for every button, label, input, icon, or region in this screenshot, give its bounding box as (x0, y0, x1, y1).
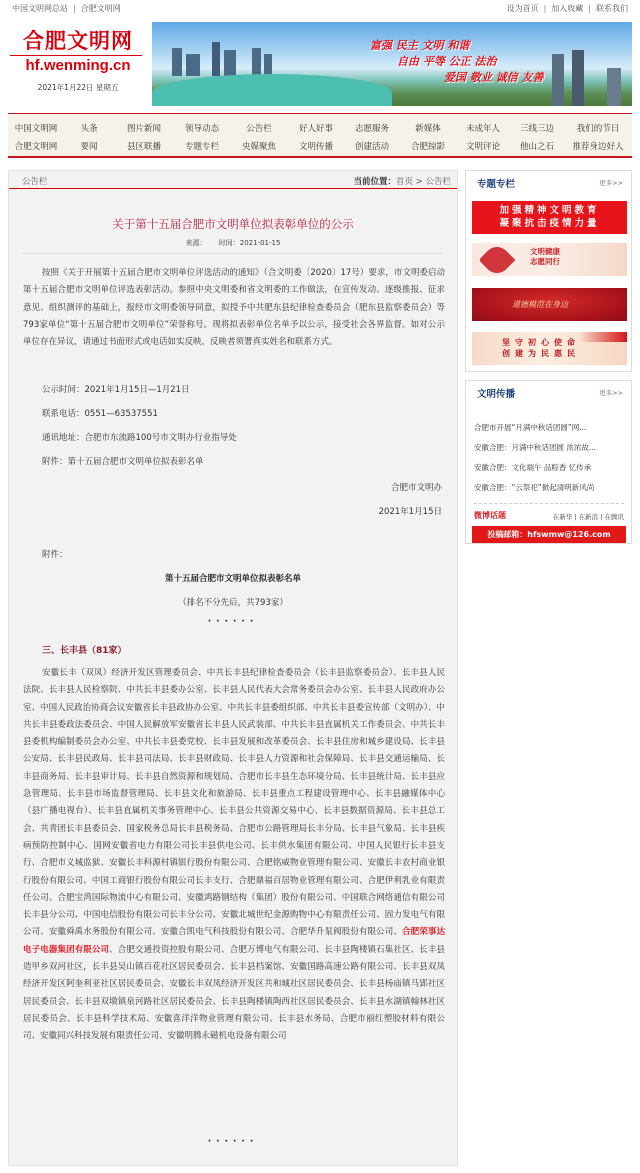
nav-item-minors[interactable]: 未成年人 (456, 122, 510, 138)
banner-slogan-2: 自由 平等 公正 法治 (397, 53, 497, 69)
flag-shape (579, 332, 627, 342)
news-item[interactable]: 安徽合肥：文化端午 品粽香 忆传承 (474, 458, 624, 478)
nav-item-volunteer[interactable]: 志愿服务 (344, 122, 400, 138)
promo-banner-epidemic[interactable]: 加强精神文明教育 凝聚抗击疫情力量 (472, 201, 627, 234)
breadcrumb-label: 当前位置： (353, 177, 396, 187)
promo-text: 文明健康志愿同行 (530, 247, 560, 267)
top-links-left: 中国文明网总站|合肥文明网 (12, 3, 121, 14)
nav-item-hefei-glimpses[interactable]: 合肥掠影 (400, 140, 456, 156)
breadcrumb: 当前位置：首页 > 公告栏 (353, 175, 451, 187)
special-topics-box: 专题专栏 更多>> 加强精神文明教育 凝聚抗击疫情力量 文明健康志愿同行 道德模… (465, 170, 632, 372)
building-shape (264, 54, 272, 76)
nav-item-china-wenming[interactable]: 中国文明网 (8, 122, 64, 138)
article-source: 来源： (186, 239, 207, 247)
nav-item-special-topics[interactable]: 专题专栏 (174, 140, 230, 156)
nav-item-recommend-good-people[interactable]: 推荐身边好人 (564, 140, 632, 156)
signature: 合肥市文明办 (391, 481, 442, 493)
nav-item-county-news[interactable]: 县区联播 (114, 140, 174, 156)
tower-shape (572, 50, 584, 106)
promo-banner-moral-model[interactable]: 道德模范在身边 (472, 288, 627, 321)
weibo-xinhua-link[interactable]: 在新华 (553, 513, 573, 521)
ellipsis-end: ······ (9, 1137, 457, 1147)
section-heading: 三、长丰县（81家） (42, 643, 127, 656)
top-links-right: 设为首页|加入收藏|联系我们 (507, 3, 628, 14)
tower-shape (607, 68, 621, 106)
nav-item-leader-news[interactable]: 领导动态 (174, 122, 230, 138)
unit-list-part-1: 安徽长丰（双凤）经济开发区管理委员会、中共长丰县纪律检查委员会（长丰县监察委员会… (23, 668, 445, 937)
nav-row-1: 中国文明网 头条 图片新闻 领导动态 公告栏 好人好事 志愿服务 新媒体 未成年… (8, 122, 632, 138)
nav-item-three-lines[interactable]: 三线三边 (510, 122, 564, 138)
news-item[interactable]: 安徽合肥：“云祭祀”掀起清明新风尚 (474, 478, 624, 498)
communication-more-link[interactable]: 更多>> (599, 388, 623, 397)
nav-item-commentary[interactable]: 文明评论 (456, 140, 510, 156)
notice-period: 公示时间：2021年1月15日—1月21日 (42, 383, 190, 395)
divider: | (73, 4, 76, 13)
nav-item-photo-news[interactable]: 图片新闻 (114, 122, 174, 138)
building-shape (172, 48, 182, 76)
special-topics-title: 专题专栏 (477, 176, 515, 190)
promo-banner-mission[interactable]: 坚守初心使命创建为民惠民 (472, 332, 627, 365)
promo-line: 凝聚抗击疫情力量 (472, 217, 627, 230)
sign-date: 2021年1月15日 (379, 505, 442, 517)
article-intro: 按照《关于开展第十五届合肥市文明单位评选活动的通知》（合文明委〔2020〕17号… (23, 265, 445, 351)
attachment-label: 附件： (42, 548, 68, 560)
banner-slogan-3: 爱国 敬业 诚信 友善 (444, 69, 544, 85)
article-time: 时间：2021-01-15 (219, 239, 281, 247)
nav-item-activities[interactable]: 创建活动 (344, 140, 400, 156)
main-navigation: 中国文明网 头条 图片新闻 领导动态 公告栏 好人好事 志愿服务 新媒体 未成年… (8, 113, 632, 158)
nav-item-central-media[interactable]: 央媒聚焦 (230, 140, 288, 156)
heart-icon (479, 243, 516, 276)
promo-text: 坚守初心使命创建为民惠民 (502, 337, 580, 359)
nav-item-headlines[interactable]: 头条 (64, 122, 114, 138)
contact-us-link[interactable]: 联系我们 (596, 4, 628, 13)
contact-address: 通讯地址：合肥市东流路100号市文明办行业指导处 (42, 431, 237, 443)
communication-box: 文明传播 更多>> 合肥市开展“月满中秋话团圆”网... 安徽合肥：月满中秋话团… (465, 380, 632, 544)
top-bar: 中国文明网总站|合肥文明网 设为首页|加入收藏|联系我们 (0, 0, 640, 16)
add-favorite-link[interactable]: 加入收藏 (551, 4, 583, 13)
news-item[interactable]: 合肥市开展“月满中秋话团圆”网... (474, 418, 624, 438)
lake-shape (152, 74, 392, 106)
breadcrumb-path[interactable]: 首页 > 公告栏 (396, 177, 451, 187)
promo-line: 创建为民惠民 (502, 348, 580, 359)
weibo-links: 在新华 | 在新浪 | 在腾讯 (553, 512, 624, 521)
news-list: 合肥市开展“月满中秋话团圆”网... 安徽合肥：月满中秋话团圆 浓浓故... 安… (474, 418, 624, 498)
promo-line: 坚守初心使命 (502, 337, 580, 348)
promo-line: 志愿同行 (530, 257, 560, 267)
promo-banner-volunteer[interactable]: 文明健康志愿同行 (472, 243, 627, 276)
ellipsis: ······ (9, 617, 457, 627)
nav-item-other-mountains[interactable]: 他山之石 (510, 140, 564, 156)
nav-item-our-festivals[interactable]: 我们的节日 (564, 122, 632, 138)
list-subtitle: （排名不分先后，共793家） (9, 596, 457, 608)
logo-title: 合肥文明网 (8, 28, 148, 54)
building-shape (252, 48, 261, 76)
nav-item-important-news[interactable]: 要闻 (64, 140, 114, 156)
building-shape (224, 50, 236, 76)
communication-title: 文明传播 (477, 386, 515, 400)
banner-slogan-1: 富强 民主 文明 和谐 (370, 37, 470, 53)
link-wenming-main[interactable]: 中国文明网总站 (12, 4, 68, 13)
title-divider (23, 253, 443, 254)
promo-line: 文明健康 (530, 247, 560, 257)
nav-item-communication[interactable]: 文明传播 (288, 140, 344, 156)
building-shape (186, 54, 200, 76)
set-homepage-link[interactable]: 设为首页 (507, 4, 539, 13)
main-content: 公告栏 当前位置：首页 > 公告栏 关于第十五届合肥市文明单位拟表彰单位的公示 … (8, 170, 458, 1166)
section-label: 公告栏 (22, 175, 48, 187)
weibo-sina-link[interactable]: 在新浪 (579, 513, 599, 521)
header-banner: 富强 民主 文明 和谐 自由 平等 公正 法治 爱国 敬业 诚信 友善 (152, 22, 632, 106)
nav-item-good-deeds[interactable]: 好人好事 (288, 122, 344, 138)
nav-item-hefei-wenming[interactable]: 合肥文明网 (8, 140, 64, 156)
weibo-topics: 微博话题 在新华 | 在新浪 | 在腾讯 (474, 503, 624, 523)
logo-domain: hf.wenming.cn (8, 56, 148, 76)
news-item[interactable]: 安徽合肥：月满中秋话团圆 浓浓故... (474, 438, 624, 458)
promo-text: 道德模范在身边 (512, 299, 568, 310)
submission-email[interactable]: 投稿邮箱：hfswmw@126.com (472, 526, 626, 543)
article-meta: 来源： 时间：2021-01-15 (9, 238, 457, 248)
unit-list-part-2: 、合肥交通投资控股有限公司、合肥万博电气有限公司、长丰县陶楼镇石集社区、长丰县造… (23, 945, 445, 1041)
nav-item-new-media[interactable]: 新媒体 (400, 122, 456, 138)
attachment-line: 附件：第十五届合肥市文明单位拟表彰名单 (42, 455, 204, 467)
divider: | (544, 4, 547, 13)
building-shape (212, 42, 220, 76)
contact-phone: 联系电话：0551—63537551 (42, 407, 158, 419)
nav-row-2: 合肥文明网 要闻 县区联播 专题专栏 央媒聚焦 文明传播 创建活动 合肥掠影 文… (8, 140, 632, 156)
content-header: 公告栏 当前位置：首页 > 公告栏 (9, 171, 457, 189)
weibo-title: 微博话题 (474, 510, 506, 521)
link-hefei-wenming[interactable]: 合肥文明网 (81, 4, 121, 13)
promo-line: 加强精神文明教育 (472, 204, 627, 217)
article-title: 关于第十五届合肥市文明单位拟表彰单位的公示 (9, 216, 457, 232)
nav-item-bulletin[interactable]: 公告栏 (230, 122, 288, 138)
divider: | (588, 4, 591, 13)
current-date: 2021年1月22日 星期五 (8, 82, 148, 93)
weibo-tencent-link[interactable]: 在腾讯 (605, 513, 625, 521)
site-logo[interactable]: 合肥文明网 hf.wenming.cn 2021年1月22日 星期五 (8, 22, 148, 102)
unit-list: 安徽长丰（双凤）经济开发区管理委员会、中共长丰县纪律检查委员会（长丰县监察委员会… (23, 665, 445, 1046)
special-topics-more-link[interactable]: 更多>> (599, 178, 623, 187)
list-title: 第十五届合肥市文明单位拟表彰名单 (9, 572, 457, 584)
tower-shape (552, 54, 564, 106)
